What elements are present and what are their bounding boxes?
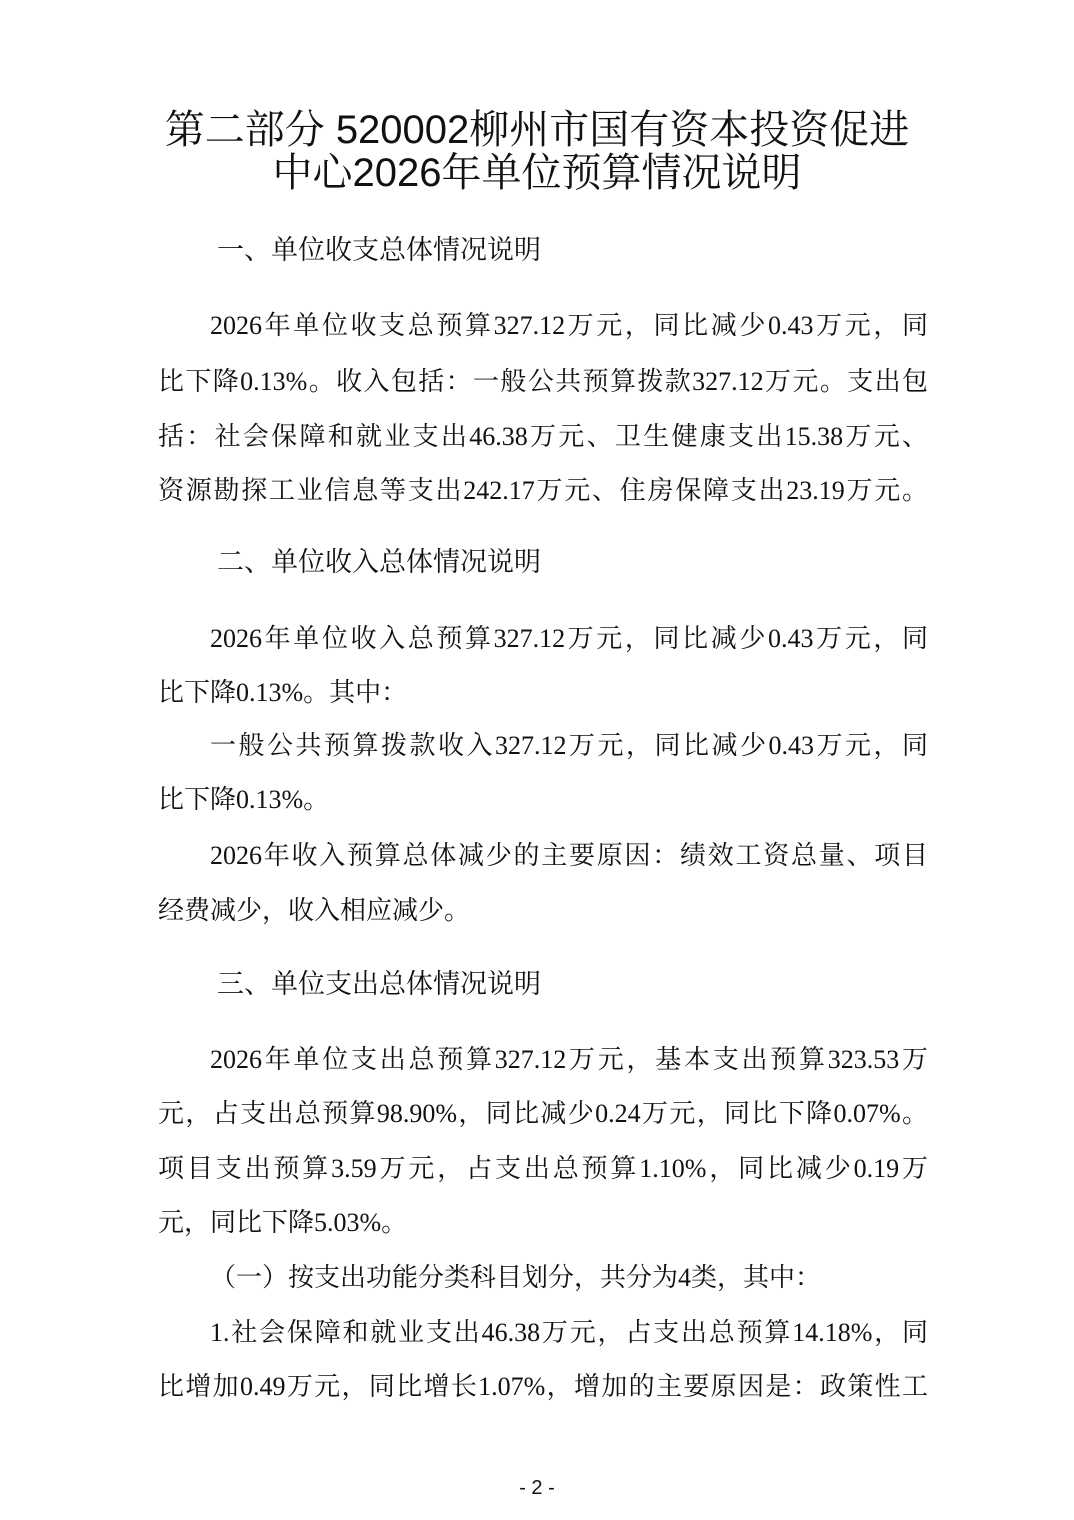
paragraph-line: 元，同比下降5.03%。 — [158, 1206, 407, 1240]
paragraph-line: 1.社会保障和就业支出46.38万元，占支出总预算14.18%，同 — [210, 1316, 928, 1350]
paragraph-line: 括：社会保障和就业支出46.38万元、卫生健康支出15.38万元、 — [158, 420, 928, 454]
section-heading-1: 一、单位收支总体情况说明 — [217, 233, 541, 267]
page-title-line-2: 中心2026年单位预算情况说明 — [0, 149, 1074, 197]
paragraph-line: 比增加0.49万元，同比增长1.07%，增加的主要原因是：政策性工 — [158, 1370, 928, 1404]
section-heading-3: 三、单位支出总体情况说明 — [217, 967, 541, 1001]
paragraph-line: 元，占支出总预算98.90%，同比减少0.24万元，同比下降0.07%。 — [158, 1097, 928, 1131]
paragraph-line: 2026年单位收入总预算327.12万元，同比减少0.43万元，同 — [210, 622, 928, 656]
paragraph-line: 2026年单位收支总预算327.12万元，同比减少0.43万元，同 — [210, 309, 928, 343]
page-number: - 2 - — [0, 1476, 1074, 1500]
paragraph-line: 资源勘探工业信息等支出242.17万元、住房保障支出23.19万元。 — [158, 474, 928, 508]
paragraph-line: 比下降0.13%。 — [158, 783, 329, 817]
paragraph-line: 比下降0.13%。收入包括：一般公共预算拨款327.12万元。支出包 — [158, 365, 928, 399]
page-title-line-1: 第二部分 520002柳州市国有资本投资促进 — [0, 106, 1074, 154]
paragraph-line: （一）按支出功能分类科目划分，共分为4类，其中： — [210, 1261, 821, 1295]
document-page: 第二部分 520002柳州市国有资本投资促进 中心2026年单位预算情况说明 一… — [0, 0, 1074, 1520]
paragraph-line: 比下降0.13%。其中： — [158, 676, 407, 710]
paragraph-line: 2026年收入预算总体减少的主要原因：绩效工资总量、项目 — [210, 839, 928, 873]
paragraph-line: 项目支出预算3.59万元，占支出总预算1.10%，同比减少0.19万 — [158, 1152, 928, 1186]
section-heading-2: 二、单位收入总体情况说明 — [217, 545, 541, 579]
paragraph-line: 经费减少，收入相应减少。 — [158, 894, 470, 928]
paragraph-line: 一般公共预算拨款收入327.12万元，同比减少0.43万元，同 — [210, 729, 928, 763]
paragraph-line: 2026年单位支出总预算327.12万元，基本支出预算323.53万 — [210, 1043, 928, 1077]
